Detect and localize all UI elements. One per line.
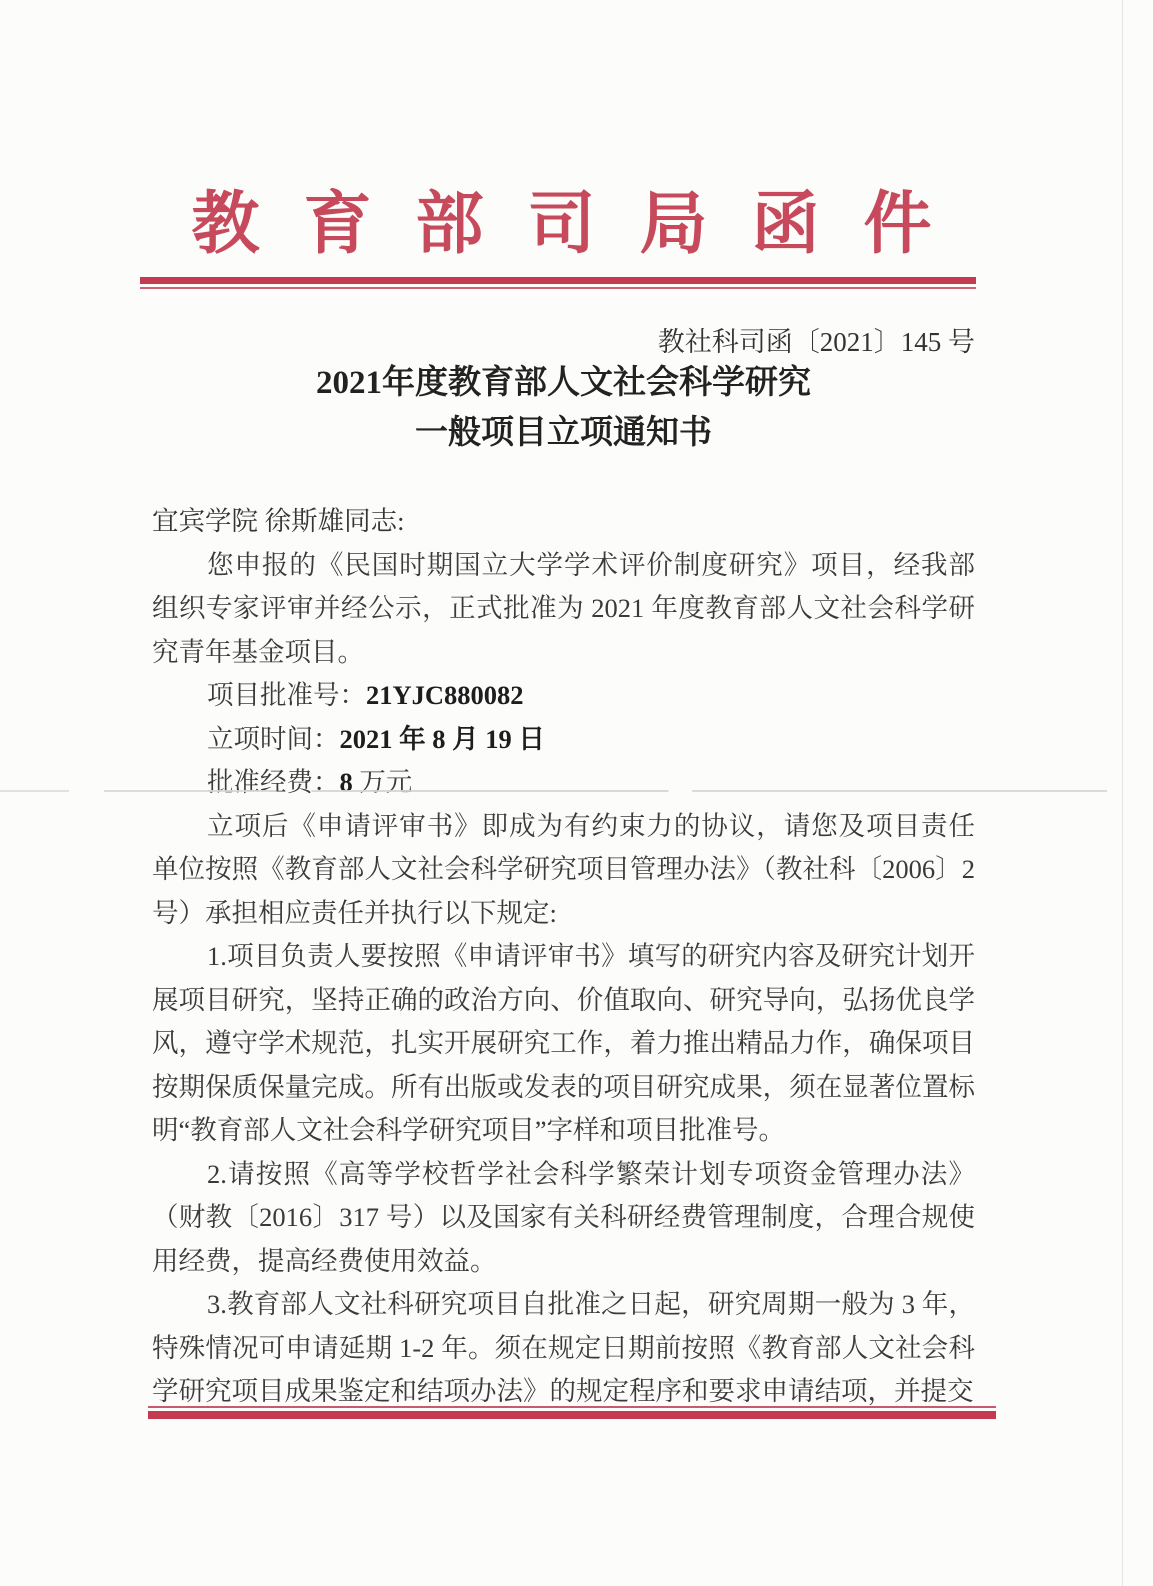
regulation-item-2: 2.请按照《高等学校哲学社会科学繁荣计划专项资金管理办法》（财教〔2016〕31… [152,1153,975,1284]
letterhead-rule [140,277,976,289]
letterhead-title: 教育部司局函件 [0,170,1153,267]
document-page: 教育部司局函件 教社科司函〔2021〕145 号 2021年度教育部人文社会科学… [0,0,1153,1586]
approval-paragraph: 您申报的《民国时期国立大学学术评价制度研究》项目，经我部组织专家评审并经公示，正… [152,544,975,675]
info-label: 立项时间： [207,724,340,754]
info-row-approved-funding: 批准经费：8 万元 [152,761,975,805]
regulation-item-3: 3.教育部人文社科研究项目自批准之日起，研究周期一般为 3 年，特殊情况可申请延… [152,1283,975,1414]
letter-body: 宜宾学院 徐斯雄同志: 您申报的《民国时期国立大学学术评价制度研究》项目，经我部… [152,500,975,1414]
footer-rule-thick [148,1411,996,1419]
scan-artifact-horizontal-line [0,790,1153,792]
info-label: 项目批准号： [207,680,366,710]
agreement-paragraph: 立项后《申请评审书》即成为有约束力的协议，请您及项目责任单位按照《教育部人文社会… [152,805,975,936]
page-footer-rule [148,1406,996,1419]
letterhead-rule-thick [140,277,976,284]
notice-title-line2: 一般项目立项通知书 [152,408,975,458]
footer-rule-thin [148,1406,996,1408]
info-value: 8 [340,767,353,797]
notice-title-line1: 2021年度教育部人文社会科学研究 [152,358,975,408]
info-row-approval-date: 立项时间：2021 年 8 月 19 日 [152,718,975,762]
info-value: 2021 年 8 月 19 日 [340,724,545,754]
regulation-item-1: 1.项目负责人要按照《申请评审书》填写的研究内容及研究计划开展项目研究，坚持正确… [152,935,975,1153]
info-value: 21YJC880082 [366,680,524,710]
salutation: 宜宾学院 徐斯雄同志: [152,500,975,544]
scan-artifact-vertical-line [1122,0,1123,1586]
notice-title: 2021年度教育部人文社会科学研究 一般项目立项通知书 [152,358,975,458]
document-number: 教社科司函〔2021〕145 号 [152,320,975,359]
info-suffix: 万元 [353,767,413,797]
info-row-project-number: 项目批准号：21YJC880082 [152,674,975,718]
letterhead-rule-thin [140,287,976,289]
info-label: 批准经费： [207,767,340,797]
